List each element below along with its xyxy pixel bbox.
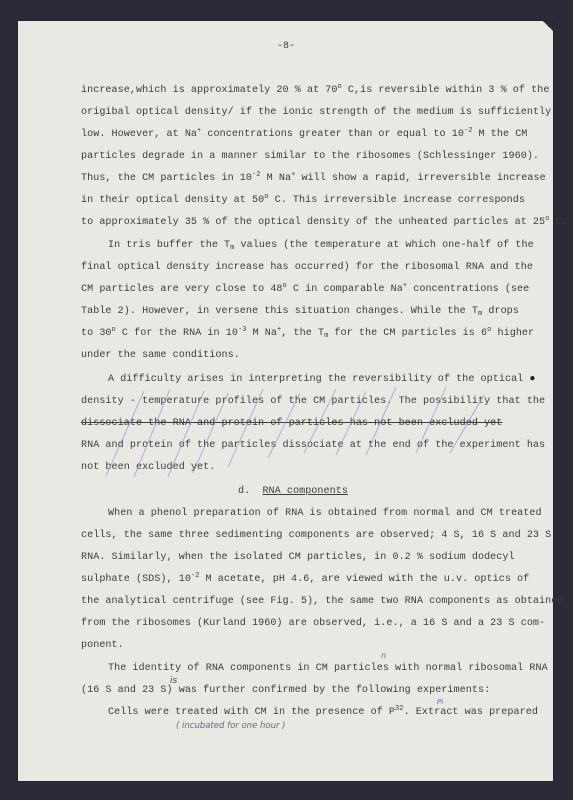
text-line: from the ribosomes (Kurland 1960) are ob… (81, 618, 545, 629)
text-line: CM particles are very close to 48o C in … (81, 284, 529, 295)
text-line: sulphate (SDS), 10-2 M acetate, pH 4.6, … (81, 574, 529, 585)
text-line: Thus, the CM particles in 10-2 M Na+ wil… (81, 173, 546, 184)
section-title: RNA components (262, 486, 348, 497)
text-line: low. However, at Na+ concentrations grea… (81, 129, 527, 140)
handwritten-n: n (381, 651, 386, 660)
section-heading: d. RNA components (238, 486, 348, 497)
handwritten-insert: ( incubated for one hour ) (176, 721, 286, 731)
text-line: When a phenol preparation of RNA is obta… (108, 508, 542, 519)
handwritten-is: is (170, 676, 177, 686)
text-line: The identity of RNA components in CM par… (108, 663, 548, 674)
text-line: density - temperature profiles of the CM… (81, 396, 545, 407)
text-line: In tris buffer the Tm values (the temper… (108, 240, 534, 251)
text-line: Cells were treated with CM in the presen… (108, 707, 538, 718)
text-line: to 30o C for the RNA in 10-3 M Na+, the … (81, 328, 534, 339)
text-line: (16 S and 23 S) was further confirmed by… (81, 685, 490, 696)
struck-text-line: dissociate the RNA and protein of partic… (81, 418, 502, 429)
handwritten-blue-mark: Pi (437, 698, 443, 706)
text-line: final optical density increase has occur… (81, 262, 533, 273)
text-line: Table 2). However, in versene this situa… (81, 306, 519, 317)
text-line: particles degrade in a manner similar to… (81, 151, 539, 162)
text-line: the analytical centrifuge (see Fig. 5), … (81, 596, 563, 607)
text-line: to approximately 35 % of the optical den… (81, 217, 568, 228)
text-line: A difficulty arises in interpreting the … (108, 374, 536, 385)
text-line: under the same conditions. (81, 350, 240, 361)
text-line: RNA and protein of the particles dissoci… (81, 440, 545, 451)
section-label: d. (238, 486, 250, 497)
text-line: ponent. (81, 640, 124, 651)
text-line: increase,​which is approximately 20 % at… (81, 85, 549, 96)
text-line: origibal optical density/ if the ionic s… (81, 107, 551, 118)
text-line: RNA. Similarly, when the isolated CM par… (81, 552, 515, 563)
page-number: -8- (277, 41, 295, 52)
text-line: cells, the same three sedimenting compon… (81, 530, 551, 541)
document-page: -8- increase,​which is approximately 20 … (18, 21, 553, 781)
text-line: in their optical density at 50o C. This … (81, 195, 525, 206)
text-line: not been excluded yet. (81, 462, 215, 473)
